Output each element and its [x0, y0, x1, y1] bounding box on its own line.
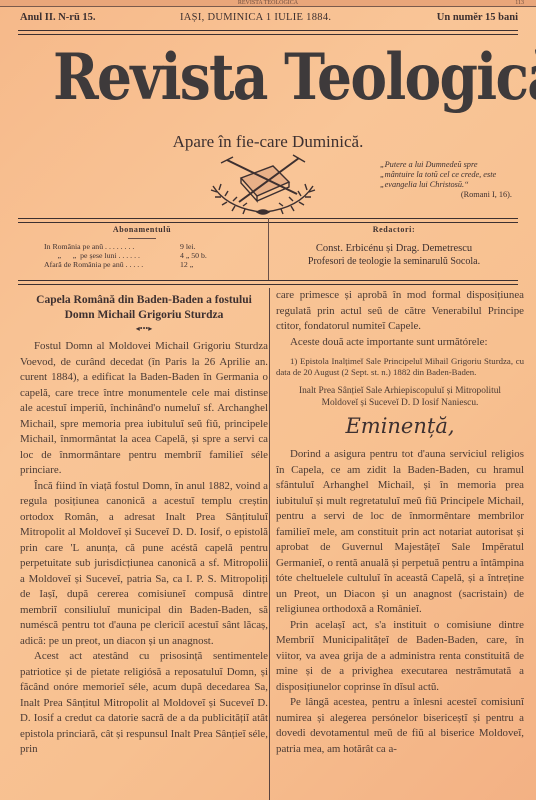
editors-heading: Redactori: [270, 225, 518, 234]
info-column-divider [268, 218, 269, 280]
letter-paragraph: Prin acelașĭ act, s'a instituit o comisi… [276, 618, 524, 696]
letter-paragraph: Pe lângă acestea, pentru a înlesni acest… [276, 695, 524, 757]
article-paragraph: Fostul Domn al Moldovei Michail Grigoriu… [20, 339, 268, 479]
subscription-row: „ „ pe șese luni . . . . . . 4 „ 50 b. [44, 251, 266, 260]
newspaper-subtitle: Apare în fie-care Duminică. [0, 132, 536, 152]
running-header-strip: REVISTA TEOLOGICA 113 [0, 0, 536, 7]
rate-value: 9 lei. [180, 242, 240, 251]
page-number: 113 [515, 0, 524, 6]
subscription-row: Afară de România pe anŭ . . . . . 12 „ [44, 260, 266, 269]
info-bottom-rule [18, 280, 518, 285]
subscription-rates: In România pe anŭ . . . . . . . . 9 lei.… [44, 242, 266, 269]
rate-value: 12 „ [180, 260, 240, 269]
letter-addressee: Inalt Prea Sânțieĭ Sale Arhiepiscopuluĭ … [282, 386, 518, 409]
issue-date: IAȘI, DUMINICA 1 IULIE 1884. [180, 12, 331, 23]
subscription-row: In România pe anŭ . . . . . . . . 9 lei. [44, 242, 266, 251]
article-paragraph: Încă fiind în viață fostul Domn, în anul… [20, 479, 268, 650]
epigraph-line: „evangelia lui Christosŭ.“ [380, 180, 469, 189]
article-paragraph: Aceste două acte importante sunt următór… [276, 335, 524, 351]
editor-roles: Profesori de teologie la seminarulŭ Soco… [270, 255, 518, 268]
subscription-box: Abonamentulŭ In România pe anŭ . . . . .… [18, 225, 266, 277]
article-paragraph: Acest act atestând cu prisosință sentime… [20, 649, 268, 758]
epigraph-quote: „Putere a lui Dumnedeŭ spre „mântuire la… [380, 160, 530, 200]
epigraph-line: „mântuire la totŭ cel ce crede, este [380, 170, 496, 179]
newspaper-title: Revista Teologică [53, 40, 483, 116]
masthead-rule [18, 30, 518, 35]
rate-label: „ „ pe șese luni . . . . . . [44, 251, 180, 260]
document-caption: 1) Epistola Inalțimeĭ Sale Principeluĭ M… [276, 356, 524, 378]
title-ornament-icon: ◂•••▸ [20, 325, 268, 333]
letter-paragraph: Dorind a asigura pentru tot d'auna servi… [276, 447, 524, 618]
subscription-heading: Abonamentulŭ [18, 225, 266, 234]
article-title: Capela Română din Baden-Baden a fostului… [20, 293, 268, 323]
editors-box: Redactori: Const. Erbicénu și Drag. Deme… [270, 225, 518, 277]
article-column-left: Capela Română din Baden-Baden a fostului… [20, 293, 268, 758]
running-title: REVISTA TEOLOGICA [238, 0, 298, 6]
column-divider [269, 288, 270, 800]
article-column-right: care primesce și aprobă în mod formal di… [276, 288, 524, 757]
rate-value: 4 „ 50 b. [180, 251, 240, 260]
letter-salutation: Eminență, [276, 413, 524, 439]
masthead: Anul II. N-rū 15. IAȘI, DUMINICA 1 IULIE… [18, 10, 518, 24]
epigraph-line: „Putere a lui Dumnedeŭ spre [380, 160, 478, 169]
cross-book-laurel-emblem-icon [203, 152, 323, 216]
editors-text: Const. Erbicénu și Drag. Demetrescu Prof… [270, 242, 518, 268]
rate-label: In România pe anŭ . . . . . . . . [44, 242, 180, 251]
epigraph-reference: (Romani I, 16). [380, 190, 530, 200]
rate-label: Afară de România pe anŭ . . . . . [44, 260, 180, 269]
issue-price: Un numĕr 15 bani [437, 12, 518, 23]
issue-number: Anul II. N-rū 15. [20, 12, 96, 23]
article-paragraph: care primesce și aprobă în mod formal di… [276, 288, 524, 335]
editor-names: Const. Erbicénu și Drag. Demetrescu [270, 242, 518, 255]
subscription-divider [128, 238, 156, 239]
